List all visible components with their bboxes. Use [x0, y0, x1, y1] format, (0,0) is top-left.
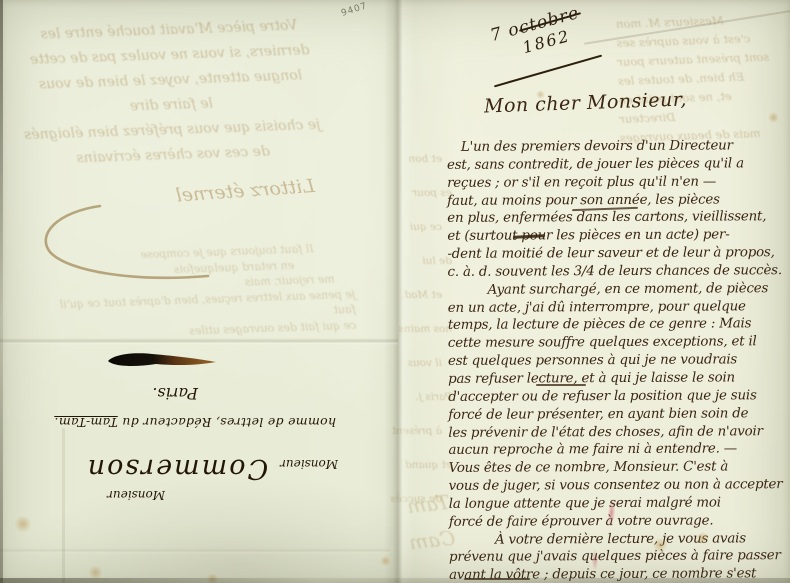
letter-scan: 9407 Votre pièce M'avait touché entre le…	[0, 0, 790, 583]
bleedthrough-margin-large-2: Cam	[408, 526, 456, 555]
address-title-text: homme de lettres, Rédacteur du	[118, 415, 336, 430]
red-stain-small	[592, 550, 598, 570]
letter-body-line: Ayant surchargé, en ce moment, de pièces	[448, 280, 790, 300]
letter-body-line: -dent la moitié de leur saveur et de leu…	[447, 244, 790, 264]
right-page: Messieurs M. monc'est à vous auprès sess…	[397, 0, 790, 583]
letter-body-line: pas refuser lecture, et à qui je laisse …	[448, 369, 790, 389]
letter-body-line: À votre dernière lecture, je vous avais	[449, 530, 790, 550]
letter-body-line: et (surtout pour les pièces en un acte) …	[447, 226, 790, 246]
tan-stain	[536, 90, 545, 99]
horizontal-fold-crease-lower	[0, 548, 390, 554]
bleedthrough-text-topright: Messieurs M. monc'est à vous auprès sess…	[616, 9, 790, 148]
tan-stain	[696, 532, 709, 544]
letter-body-line: est, sans contredit, de jouer les pièces…	[447, 155, 790, 175]
letter-body-line: reçues ; or s'il en reçoit plus qu'il n'…	[447, 173, 790, 193]
address-name: Commerson	[86, 453, 269, 484]
letter-body-line: Vous êtes de ce nombre, Monsieur. C'est …	[449, 458, 790, 478]
letter-body-line: vous de juger, si vous consentez ou non …	[449, 476, 790, 496]
tan-stain	[652, 538, 668, 552]
address-line-title: homme de lettres, Rédacteur du Tam-Tam.	[2, 406, 350, 437]
address-name-prefix: Monsieur	[280, 457, 338, 471]
pencil-inventory-number: 9407	[340, 1, 369, 19]
letter-body-line: forcé de leur présenter, en ayant bien s…	[448, 405, 790, 425]
letter-body-line: forcé de faire éprouver à votre ouvrage.	[449, 512, 790, 532]
letter-body: L'un des premiers devoirs d'un Directeur…	[447, 137, 790, 583]
bleedthrough-text-top: Votre pièce M'avait touché entre lesdern…	[3, 12, 338, 173]
paper-edge-bottom	[0, 578, 790, 583]
letter-body-line: les prévenir de l'état des choses, afin …	[448, 423, 790, 443]
bleedthrough-text-mid: Il faut toujours que je composeen retard…	[53, 240, 356, 343]
center-fold-crease	[384, 0, 414, 583]
date-block: 7 octobre 1862	[475, 3, 587, 68]
tan-stain	[380, 556, 391, 566]
letter-body-line: est quelques personnes à qui je ne voudr…	[448, 351, 790, 371]
letter-body-line: aucun reproche à me faire ni à entendre.…	[448, 440, 790, 460]
tan-stain	[14, 516, 32, 532]
address-block: Monsieur Monsieur Commerson homme de let…	[2, 362, 350, 508]
address-line-city: Paris.	[2, 376, 350, 406]
horizontal-fold-crease	[0, 338, 398, 345]
address-line-name: Monsieur Commerson	[2, 437, 350, 484]
letter-body-line: L'un des premiers devoirs d'un Directeur	[447, 137, 790, 157]
vertical-crease	[62, 428, 65, 583]
letter-body-line: prévenu que j'avais quelques pièces à fa…	[449, 548, 790, 568]
letter-body-line: en plus, enfermées dans les cartons, vie…	[447, 208, 790, 228]
letter-body-line: c. à. d. souvent les 3/4 de leurs chance…	[447, 262, 790, 282]
letter-body-line: cette mesure souffre quelques exceptions…	[448, 333, 790, 353]
letter-body-line: en un acte, j'ai dû interrompre, pour qu…	[448, 298, 790, 318]
letter-body-line: la longue attente que je serai malgré mo…	[449, 494, 790, 514]
tan-stain	[768, 112, 779, 123]
address-line-monsieur: Monsieur	[2, 484, 350, 508]
left-page: 9407 Votre pièce M'avait touché entre le…	[0, 0, 397, 583]
underline-lecture	[536, 384, 586, 386]
paper-edge-left	[0, 0, 3, 583]
letter-body-line: d'accepter ou de refuser la position que…	[448, 387, 790, 407]
letter-body-line: temps, la lecture de pièces de ce genre …	[448, 316, 790, 336]
